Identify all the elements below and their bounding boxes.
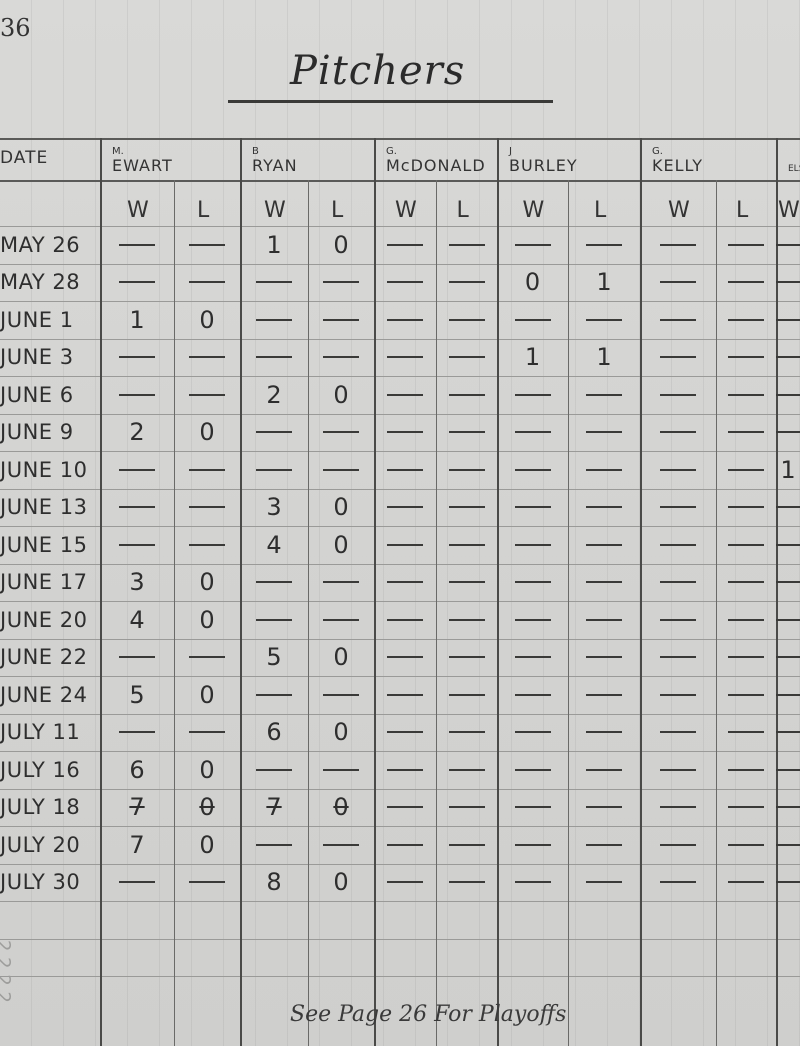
losses-cell: - [436,376,497,413]
losses-cell: 0 [308,226,374,263]
date-cell: JULY 11 [0,714,100,751]
losses-cell: - [436,526,497,563]
wins-cell: - [374,376,436,413]
cell-value: 0 [199,606,214,634]
cell-value: 0 [333,231,348,259]
wins-cell: - [640,526,716,563]
cell-value: 0 [199,756,214,784]
losses-cell: - [716,376,776,413]
wins-cell: - [497,376,568,413]
pitcher-name: EWART [112,156,173,175]
wins-cell: 4 [100,601,174,638]
wins-cell: - [497,714,568,751]
wins-cell: 2 [240,376,308,413]
losses-header: L [197,198,209,223]
losses-header: L [594,198,606,223]
losses-cell: - [568,826,640,863]
losses-header: L [736,198,748,223]
wins-cell: - [240,826,308,863]
wins-cell: - [497,601,568,638]
cell-value: 0 [199,568,214,596]
losses-cell: - [436,451,497,488]
wins-cell: 5 [100,676,174,713]
losses-cell: - [716,226,776,263]
pitcher-header: ELSO... [788,156,800,175]
cell-value: 1 [596,343,611,371]
wins-header: W [264,198,286,223]
cell-value: 5 [266,643,281,671]
ledger-page: 36 Pitchers DATE M.EWARTBRYANG.McDONALDJ… [0,0,800,1046]
date-cell: MAY 28 [0,264,100,301]
losses-cell: - [716,564,776,601]
wins-cell: - [776,226,800,263]
cell-value: 2 [129,418,144,446]
losses-cell: 0 [308,789,374,826]
losses-cell: - [568,451,640,488]
cell-value: 1 [780,456,795,484]
wins-cell: - [640,751,716,788]
wins-cell: - [776,301,800,338]
page-number: 36 [0,14,31,42]
losses-cell: 0 [174,789,240,826]
date-cell: JUNE 3 [0,339,100,376]
wins-cell: 0 [497,264,568,301]
cell-value: 4 [129,606,144,634]
cell-value: 2 [266,381,281,409]
wins-cell: - [240,601,308,638]
losses-cell: - [716,264,776,301]
wins-cell: - [497,789,568,826]
cell-value: 0 [199,418,214,446]
wins-cell: - [497,451,568,488]
losses-cell: - [436,826,497,863]
losses-cell: - [174,451,240,488]
losses-cell: - [308,676,374,713]
date-cell: JUNE 6 [0,376,100,413]
wins-cell: 1 [240,226,308,263]
losses-cell: 1 [568,339,640,376]
pitcher-initial: J [509,146,512,157]
pitcher-initial: M. [112,146,124,157]
wins-cell: - [374,226,436,263]
row-rule [0,901,800,902]
losses-cell: - [716,639,776,676]
losses-cell: - [716,339,776,376]
cell-value: 0 [333,793,348,821]
losses-cell: - [716,676,776,713]
losses-cell: 0 [174,601,240,638]
cell-value: 0 [333,531,348,559]
wins-cell: - [240,339,308,376]
wins-cell: - [374,301,436,338]
losses-cell: 0 [308,526,374,563]
wins-cell: - [497,676,568,713]
losses-cell: - [568,376,640,413]
losses-cell: - [174,864,240,901]
wins-header: W [778,198,800,223]
wins-cell: - [374,751,436,788]
date-cell: JUNE 17 [0,564,100,601]
losses-cell: 0 [308,639,374,676]
losses-cell: - [308,414,374,451]
wins-cell: - [240,451,308,488]
losses-cell: - [308,339,374,376]
wins-cell: - [776,339,800,376]
wins-cell: - [776,826,800,863]
wins-cell: - [776,789,800,826]
wins-cell: - [374,489,436,526]
date-cell: JUNE 15 [0,526,100,563]
losses-cell: - [716,714,776,751]
wins-cell: 1 [776,451,800,488]
wins-header: W [395,198,417,223]
losses-cell: - [716,489,776,526]
wins-cell: - [240,751,308,788]
cell-value: 6 [129,756,144,784]
losses-cell: - [568,414,640,451]
losses-header: L [457,198,469,223]
losses-cell: - [568,226,640,263]
wins-cell: - [497,526,568,563]
wins-cell: 3 [240,489,308,526]
subheader-rule [0,180,800,182]
losses-cell: 0 [174,564,240,601]
wins-cell: - [374,826,436,863]
losses-cell: - [174,639,240,676]
wins-cell: - [100,489,174,526]
wins-cell: 7 [240,789,308,826]
wins-cell: - [776,601,800,638]
wins-cell: - [776,714,800,751]
losses-cell: - [436,414,497,451]
losses-cell: - [308,601,374,638]
wins-cell: - [374,526,436,563]
wins-cell: 8 [240,864,308,901]
losses-cell: - [716,414,776,451]
losses-cell: - [174,714,240,751]
wins-cell: - [374,339,436,376]
losses-cell: - [436,714,497,751]
cell-value: 0 [199,681,214,709]
pitcher-name: McDONALD [386,156,486,175]
wins-cell: - [640,264,716,301]
losses-cell: 0 [308,864,374,901]
losses-cell: - [568,676,640,713]
wins-cell: - [100,639,174,676]
cell-value: 3 [129,568,144,596]
wins-cell: 6 [240,714,308,751]
wins-cell: - [100,376,174,413]
wins-cell: - [776,414,800,451]
losses-cell: - [568,789,640,826]
losses-cell: - [716,826,776,863]
cell-value: 8 [266,868,281,896]
wins-cell: 4 [240,526,308,563]
losses-cell: - [568,564,640,601]
wins-cell: - [374,789,436,826]
pitcher-name: BURLEY [509,156,578,175]
cell-value: 0 [333,493,348,521]
wins-cell: - [776,639,800,676]
cell-value: 7 [129,793,144,821]
wins-cell: - [640,226,716,263]
wins-cell: 2 [100,414,174,451]
wins-cell: - [640,864,716,901]
cell-value: 5 [129,681,144,709]
losses-cell: - [568,301,640,338]
wins-cell: 7 [100,789,174,826]
losses-cell: - [436,751,497,788]
losses-cell: - [568,526,640,563]
wins-cell: - [374,414,436,451]
losses-cell: - [568,489,640,526]
wins-header: W [668,198,690,223]
losses-cell: - [436,264,497,301]
pitcher-name: ELSO... [788,164,800,174]
date-cell: JUNE 13 [0,489,100,526]
losses-cell: 1 [568,264,640,301]
pitcher-initial: G. [652,146,663,157]
wins-cell: - [240,414,308,451]
page-title: Pitchers [290,48,465,94]
losses-cell: - [174,226,240,263]
losses-cell: - [308,751,374,788]
wins-cell: - [240,301,308,338]
cell-value: 0 [333,381,348,409]
wins-cell: - [776,489,800,526]
row-rule [0,939,800,940]
losses-cell: - [174,489,240,526]
wins-cell: - [497,751,568,788]
wins-cell: - [497,864,568,901]
losses-cell: - [716,864,776,901]
losses-cell: - [308,564,374,601]
wins-cell: - [374,601,436,638]
losses-cell: - [436,676,497,713]
cell-value: 0 [333,643,348,671]
pitcher-name: KELLY [652,156,703,175]
wins-cell: - [374,676,436,713]
date-column-header: DATE [0,148,48,168]
wins-cell: - [100,226,174,263]
header-rule [0,138,800,140]
cell-value: 6 [266,718,281,746]
losses-cell: 0 [174,676,240,713]
cell-value: 1 [266,231,281,259]
losses-cell: - [174,526,240,563]
losses-cell: 0 [174,751,240,788]
wins-cell: - [374,264,436,301]
wins-cell: - [100,864,174,901]
wins-cell: - [240,564,308,601]
cell-value: 0 [199,306,214,334]
date-cell: JUNE 24 [0,676,100,713]
cell-value: 1 [129,306,144,334]
losses-cell: - [716,751,776,788]
wins-cell: - [497,639,568,676]
losses-cell: - [716,301,776,338]
wins-cell: - [776,264,800,301]
losses-cell: 0 [308,489,374,526]
wins-cell: - [100,714,174,751]
wins-cell: - [640,714,716,751]
losses-cell: - [436,339,497,376]
losses-cell: - [174,376,240,413]
losses-cell: - [436,564,497,601]
wins-cell: - [776,376,800,413]
row-rule [0,976,800,977]
losses-cell: - [716,789,776,826]
losses-cell: - [308,264,374,301]
losses-cell: - [436,489,497,526]
losses-cell: - [308,826,374,863]
losses-cell: - [308,451,374,488]
losses-cell: - [436,601,497,638]
pitcher-header: BRYAN [252,156,298,175]
date-cell: JUNE 10 [0,451,100,488]
cell-value: 1 [596,268,611,296]
wins-cell: - [374,451,436,488]
wins-cell: - [497,301,568,338]
wins-cell: 1 [100,301,174,338]
date-cell: JULY 18 [0,789,100,826]
losses-cell: 0 [174,414,240,451]
losses-cell: - [436,639,497,676]
losses-cell: - [716,601,776,638]
losses-cell: - [436,301,497,338]
losses-cell: - [568,864,640,901]
wins-header: W [523,198,545,223]
wins-cell: - [776,864,800,901]
pitcher-initial: G. [386,146,397,157]
cell-value: 0 [525,268,540,296]
date-cell: JUNE 9 [0,414,100,451]
losses-cell: - [436,226,497,263]
losses-header: L [331,198,343,223]
margin-note: 2 2 2 2 [0,940,14,1003]
date-cell: MAY 26 [0,226,100,263]
wins-cell: - [776,564,800,601]
wins-cell: - [640,339,716,376]
date-cell: JULY 16 [0,751,100,788]
wins-cell: 5 [240,639,308,676]
pitcher-header: JBURLEY [509,156,578,175]
wins-cell: - [497,826,568,863]
cell-value: 7 [129,831,144,859]
wins-cell: - [100,526,174,563]
losses-cell: - [716,451,776,488]
title-underline [228,100,553,103]
wins-cell: - [776,676,800,713]
wins-cell: 7 [100,826,174,863]
wins-cell: - [497,226,568,263]
wins-cell: 6 [100,751,174,788]
wins-cell: - [497,414,568,451]
wins-cell: - [374,564,436,601]
cell-value: 0 [333,868,348,896]
wins-cell: - [640,301,716,338]
pitcher-header: G.KELLY [652,156,703,175]
cell-value: 3 [266,493,281,521]
date-cell: JULY 30 [0,864,100,901]
losses-cell: - [436,864,497,901]
wins-cell: - [240,676,308,713]
date-cell: JUNE 22 [0,639,100,676]
wins-cell: - [640,451,716,488]
wins-cell: - [640,639,716,676]
wins-cell: - [374,639,436,676]
pitcher-name: RYAN [252,156,298,175]
losses-cell: - [716,526,776,563]
losses-cell: 0 [174,301,240,338]
cell-value: 1 [525,343,540,371]
cell-value: 0 [199,793,214,821]
wins-cell: - [497,564,568,601]
wins-cell: 3 [100,564,174,601]
wins-cell: - [374,714,436,751]
losses-cell: 0 [174,826,240,863]
losses-cell: - [568,639,640,676]
losses-cell: - [436,789,497,826]
losses-cell: - [174,339,240,376]
wins-cell: - [100,264,174,301]
pitcher-header: M.EWART [112,156,173,175]
wins-cell: - [640,376,716,413]
pitcher-header: G.McDONALD [386,156,486,175]
wins-cell: - [374,864,436,901]
wins-cell: - [240,264,308,301]
cell-value: 4 [266,531,281,559]
losses-cell: - [568,714,640,751]
wins-cell: - [640,601,716,638]
losses-cell: 0 [308,714,374,751]
losses-cell: - [568,751,640,788]
wins-cell: - [100,451,174,488]
cell-value: 7 [266,793,281,821]
wins-cell: - [776,751,800,788]
wins-cell: - [497,489,568,526]
wins-header: W [127,198,149,223]
wins-cell: - [640,564,716,601]
wins-cell: - [640,789,716,826]
date-cell: JUNE 20 [0,601,100,638]
cell-value: 0 [333,718,348,746]
date-cell: JUNE 1 [0,301,100,338]
cell-value: 0 [199,831,214,859]
losses-cell: - [568,601,640,638]
date-cell: JULY 20 [0,826,100,863]
losses-cell: - [174,264,240,301]
wins-cell: - [776,526,800,563]
footer-note: See Page 26 For Playoffs [290,1002,566,1027]
wins-cell: - [640,414,716,451]
wins-cell: - [640,676,716,713]
wins-cell: - [640,489,716,526]
wins-cell: - [640,826,716,863]
wins-cell: 1 [497,339,568,376]
losses-cell: 0 [308,376,374,413]
wins-cell: - [100,339,174,376]
pitcher-initial: B [252,146,259,157]
losses-cell: - [308,301,374,338]
